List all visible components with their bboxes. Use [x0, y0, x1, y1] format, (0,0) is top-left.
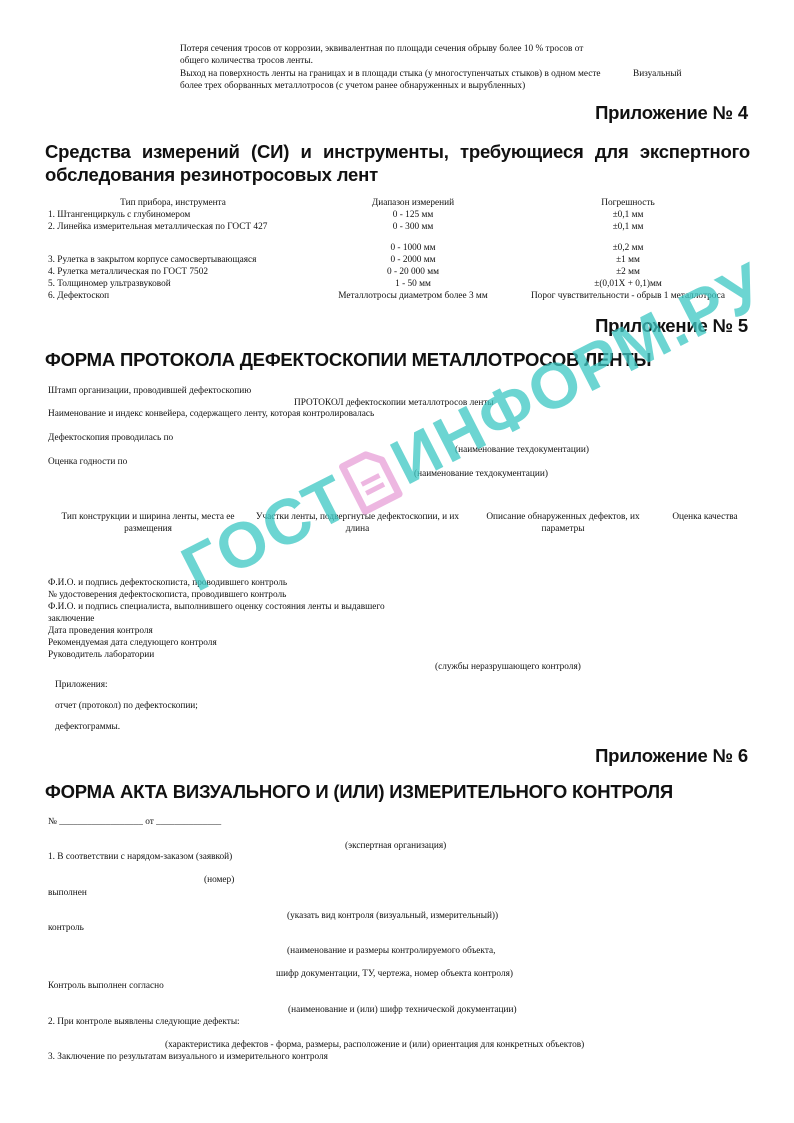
- table-cell-error: ±0,1 мм: [518, 221, 738, 233]
- table-cell-error: ±1 мм: [518, 254, 738, 266]
- signature-line: Рекомендуемая дата следующего контроля: [48, 637, 217, 649]
- hint-techdoc: (наименование техдокументации): [414, 468, 548, 480]
- fitness-by-label: Оценка годности по: [48, 456, 127, 468]
- table-cell-range: 0 - 125 мм: [313, 209, 513, 221]
- hint-service: (службы неразрушающего контроля): [435, 661, 581, 673]
- hint-techdoc: (наименование техдокументации): [455, 444, 589, 456]
- signature-line: Руководитель лаборатории: [48, 649, 154, 661]
- signature-line: Ф.И.О. и подпись специалиста, выполнивше…: [48, 601, 385, 613]
- performed-label: выполнен: [48, 887, 87, 899]
- table-cell-name: 2. Линейка измерительная металлическая п…: [48, 221, 267, 233]
- table-cell-name: 5. Толщиномер ультразвуковой: [48, 278, 171, 290]
- column-header: Описание обнаруженных дефектов, их парам…: [478, 511, 648, 535]
- item-1: 1. В соответствии с нарядом-заказом (зая…: [48, 851, 232, 863]
- attachment-item: отчет (протокол) по дефектоскопии;: [55, 700, 198, 712]
- table-cell-range: 0 - 1000 мм: [313, 242, 513, 254]
- table-cell-range: Металлотросы диаметром более 3 мм: [313, 290, 513, 302]
- table-cell-error: Порог чувствительности - обрыв 1 металло…: [518, 290, 738, 302]
- hint-object: шифр документации, ТУ, чертежа, номер об…: [276, 968, 513, 980]
- table-header: Диапазон измерений: [313, 197, 513, 209]
- appendix-4-title: Средства измерений (СИ) и инструменты, т…: [45, 140, 750, 186]
- table-cell-name: 1. Штангенциркуль с глубиномером: [48, 209, 190, 221]
- signature-line: Ф.И.О. и подпись дефектоскописта, провод…: [48, 577, 287, 589]
- table-cell-range: 0 - 20 000 мм: [313, 266, 513, 278]
- control-label: контроль: [48, 922, 84, 934]
- attachment-item: дефектограммы.: [55, 721, 120, 733]
- intro-line: Потеря сечения тросов от коррозии, эквив…: [180, 43, 583, 55]
- hint-techdoc: (наименование и (или) шифр технической д…: [288, 1004, 517, 1016]
- inspected-by-label: Дефектоскопия проводилась по: [48, 432, 173, 444]
- table-cell-name: 4. Рулетка металлическая по ГОСТ 7502: [48, 266, 208, 278]
- hint-number: (номер): [204, 874, 234, 886]
- table-cell-error: ±0,2 мм: [518, 242, 738, 254]
- table-header: Тип прибора, инструмента: [48, 197, 298, 209]
- table-cell-name: 3. Рулетка в закрытом корпусе самосверты…: [48, 254, 256, 266]
- hint-defects: (характеристика дефектов - форма, размер…: [165, 1039, 584, 1051]
- intro-line: общего количества тросов ленты.: [180, 55, 313, 67]
- appendix-5-title: ФОРМА ПРОТОКОЛА ДЕФЕКТОСКОПИИ МЕТАЛЛОТРО…: [45, 348, 651, 371]
- table-cell-range: 0 - 2000 мм: [313, 254, 513, 266]
- table-cell-name: 6. Дефектоскоп: [48, 290, 109, 302]
- appendix-5-label: Приложение № 5: [595, 315, 748, 337]
- column-header: Участки ленты, подвергнутые дефектоскопи…: [250, 511, 465, 535]
- table-header: Погрешность: [518, 197, 738, 209]
- item-2: 2. При контроле выявлены следующие дефек…: [48, 1016, 240, 1028]
- table-cell-range: 0 - 300 мм: [313, 221, 513, 233]
- signature-line: Дата проведения контроля: [48, 625, 153, 637]
- table-cell-error: ±(0,01X + 0,1)мм: [518, 278, 738, 290]
- hint-kind: (указать вид контроля (визуальный, измер…: [287, 910, 498, 922]
- intro-method: Визуальный: [633, 68, 681, 80]
- appendix-6-label: Приложение № 6: [595, 745, 748, 767]
- table-cell-range: 1 - 50 мм: [313, 278, 513, 290]
- appendix-6-title: ФОРМА АКТА ВИЗУАЛЬНОГО И (ИЛИ) ИЗМЕРИТЕЛ…: [45, 780, 673, 803]
- appendix-4-label: Приложение № 4: [595, 102, 748, 124]
- intro-line: более трех оборванных металлотросов (с у…: [180, 80, 525, 92]
- attachments-label: Приложения:: [55, 679, 108, 691]
- column-header: Тип конструкции и ширина ленты, места ее…: [48, 511, 248, 535]
- signature-line: заключение: [48, 613, 94, 625]
- hint-object: (наименование и размеры контролируемого …: [287, 945, 495, 957]
- document-icon: [337, 443, 404, 516]
- item-3: 3. Заключение по результатам визуального…: [48, 1051, 328, 1063]
- act-number-line: № __________________ от ______________: [48, 816, 221, 828]
- intro-line: Выход на поверхность ленты на границах и…: [180, 68, 601, 80]
- table-cell-error: ±0,1 мм: [518, 209, 738, 221]
- according-label: Контроль выполнен согласно: [48, 980, 164, 992]
- conveyor-label: Наименование и индекс конвейера, содержа…: [48, 408, 374, 420]
- stamp-label: Штамп организации, проводившей дефектоск…: [48, 385, 251, 397]
- table-cell-error: ±2 мм: [518, 266, 738, 278]
- signature-line: № удостоверения дефектоскописта, проводи…: [48, 589, 286, 601]
- column-header: Оценка качества: [660, 511, 750, 523]
- hint-org: (экспертная организация): [345, 840, 446, 852]
